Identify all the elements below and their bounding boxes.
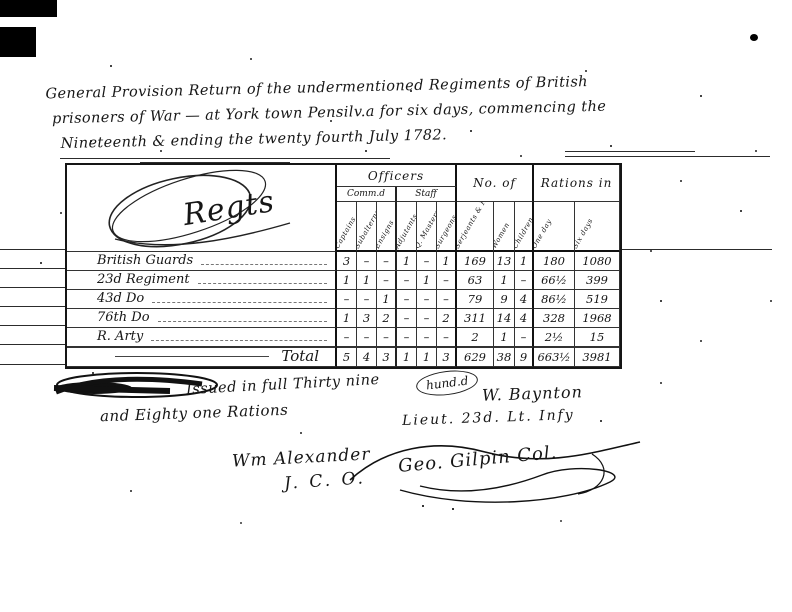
column-header-subalterns: Subalterns — [357, 202, 377, 252]
table-cell: – — [337, 328, 357, 347]
table-cell: 4 — [515, 290, 534, 309]
total-cell: 1 — [417, 347, 437, 367]
issued-note-line-2: and Eighty one Rations — [100, 401, 289, 426]
total-label: Total — [67, 347, 337, 367]
table-cell: 2 — [437, 309, 457, 328]
column-header-women: Women — [494, 202, 515, 252]
table-cell: – — [437, 328, 457, 347]
table-cell: 2 — [457, 328, 494, 347]
table-cell: – — [377, 328, 397, 347]
table-cell: – — [357, 252, 377, 271]
regiment-name: 76th Do — [67, 309, 337, 328]
table-cell: – — [397, 328, 417, 347]
column-header-surgeons: Surgeons — [437, 202, 457, 252]
table-cell: – — [397, 271, 417, 290]
column-header-adjutants: Adjutants — [397, 202, 417, 252]
circled-word: hund.d — [415, 367, 480, 398]
row-rule-extension — [0, 344, 65, 345]
table-cell: – — [515, 328, 534, 347]
table-cell: 15 — [575, 328, 620, 347]
table-cell: 1 — [437, 252, 457, 271]
total-cell: 663½ — [534, 347, 575, 367]
table-cell: – — [515, 271, 534, 290]
scanned-document-page: General Provision Return of the undermen… — [0, 0, 792, 612]
regiments-header-cell: Regts — [67, 165, 337, 252]
table-cell: – — [417, 252, 437, 271]
table-cell: 1 — [357, 271, 377, 290]
rule-segment — [565, 151, 695, 152]
table-cell: 13 — [494, 252, 515, 271]
row-rule-extension-right — [618, 249, 772, 250]
table-cell: 1 — [337, 309, 357, 328]
table-cell: 9 — [494, 290, 515, 309]
table-cell: 1 — [377, 290, 397, 309]
provision-return-table: Regts Officers No. of Rations in Comm.d … — [65, 163, 622, 369]
column-header-six-days: Six days — [575, 202, 620, 252]
table-cell: 86½ — [534, 290, 575, 309]
table-cell: 1 — [494, 271, 515, 290]
header-underline — [60, 158, 390, 159]
table-cell: – — [397, 309, 417, 328]
table-cell: – — [377, 252, 397, 271]
table-cell: – — [437, 290, 457, 309]
rule-segment — [565, 156, 770, 157]
staff-subheader: Staff — [397, 187, 457, 202]
document-header: General Provision Return of the undermen… — [45, 70, 607, 158]
column-header-one-day: One day — [534, 202, 575, 252]
table-cell: 1 — [397, 252, 417, 271]
row-rule-extension — [0, 249, 65, 250]
table-cell: – — [397, 290, 417, 309]
total-cell: 1 — [397, 347, 417, 367]
table-cell: – — [357, 290, 377, 309]
table-cell: 1 — [515, 252, 534, 271]
total-cell: 3 — [377, 347, 397, 367]
total-cell: 5 — [337, 347, 357, 367]
table-cell: 63 — [457, 271, 494, 290]
table-cell: – — [417, 328, 437, 347]
total-cell: 9 — [515, 347, 534, 367]
countersignature-flourish — [340, 432, 660, 510]
row-rule-extension — [0, 268, 65, 269]
column-header-captains: Captains — [337, 202, 357, 252]
table-cell: – — [417, 290, 437, 309]
column-header-qmasters: Q. Masters — [417, 202, 437, 252]
table-cell: 311 — [457, 309, 494, 328]
scan-artifact-dot — [750, 34, 758, 41]
regiment-name: 43d Do — [67, 290, 337, 309]
column-header-children: Children — [515, 202, 534, 252]
total-cell: 3 — [437, 347, 457, 367]
table-cell: – — [337, 290, 357, 309]
column-header-ensigns: Ensigns — [377, 202, 397, 252]
no-of-group-header: No. of — [457, 165, 534, 202]
table-cell: 399 — [575, 271, 620, 290]
table-cell: – — [417, 309, 437, 328]
table-cell: 3 — [337, 252, 357, 271]
regiment-name: 23d Regiment — [67, 271, 337, 290]
column-header-rank-and-file: Serjeants & Rank & File — [457, 202, 494, 252]
rations-group-header: Rations in — [534, 165, 620, 202]
table-cell: 519 — [575, 290, 620, 309]
table-cell: 169 — [457, 252, 494, 271]
table-cell: 66½ — [534, 271, 575, 290]
table-cell: 3 — [357, 309, 377, 328]
regiment-name: British Guards — [67, 252, 337, 271]
row-rule-extension — [0, 364, 65, 365]
table-cell: 1 — [337, 271, 357, 290]
scan-artifact-top-bar — [0, 0, 57, 17]
row-rule-extension — [0, 287, 65, 288]
table-cell: 4 — [515, 309, 534, 328]
table-cell: 79 — [457, 290, 494, 309]
table-cell: 1 — [494, 328, 515, 347]
table-cell: 180 — [534, 252, 575, 271]
officer-title: Lieut. 23d. Lt. Infy — [402, 407, 575, 429]
table-cell: 2½ — [534, 328, 575, 347]
table-cell: 1968 — [575, 309, 620, 328]
table-cell: 1080 — [575, 252, 620, 271]
table-cell: 14 — [494, 309, 515, 328]
total-cell: 3981 — [575, 347, 620, 367]
row-rule-extension — [0, 325, 65, 326]
officers-group-header: Officers — [337, 165, 457, 187]
table-cell: 328 — [534, 309, 575, 328]
scan-artifact-block — [0, 27, 36, 57]
row-rule-extension — [0, 306, 65, 307]
table-cell: – — [357, 328, 377, 347]
table-cell: 2 — [377, 309, 397, 328]
total-cell: 4 — [357, 347, 377, 367]
regiment-name: R. Arty — [67, 328, 337, 347]
total-cell: 38 — [494, 347, 515, 367]
table-cell: – — [437, 271, 457, 290]
table-cell: – — [377, 271, 397, 290]
total-cell: 629 — [457, 347, 494, 367]
commissioned-subheader: Comm.d — [337, 187, 397, 202]
table-cell: 1 — [417, 271, 437, 290]
officer-signature: W. Baynton — [482, 382, 583, 405]
scan-noise-speckles — [0, 0, 2, 2]
